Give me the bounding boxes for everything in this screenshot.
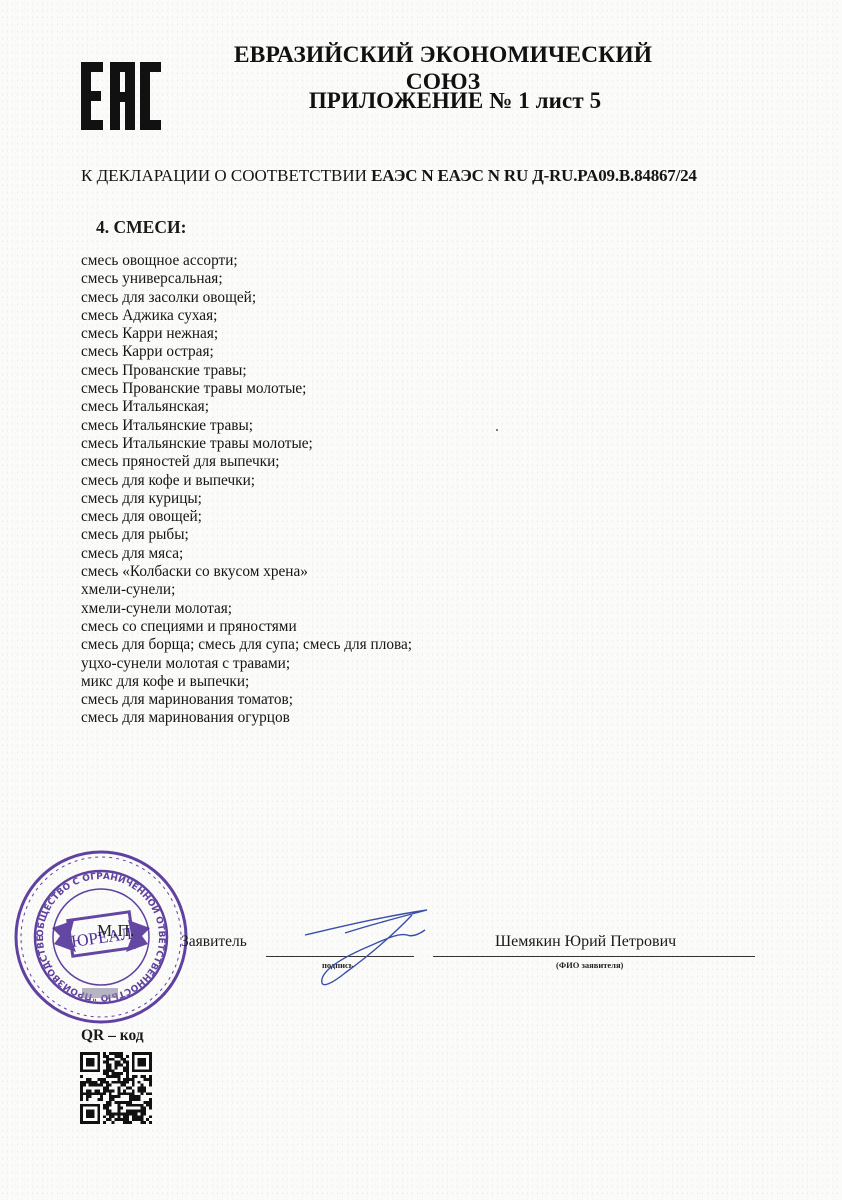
qr-code-icon[interactable] xyxy=(80,1052,152,1124)
list-item: смесь Прованские травы; xyxy=(81,362,412,380)
list-item: смесь Итальянские травы; xyxy=(81,417,412,435)
list-item: хмели-сунели; xyxy=(81,581,412,599)
qr-label: QR – код xyxy=(81,1027,144,1045)
list-item: смесь Итальянская; xyxy=(81,398,412,416)
list-item: смесь для курицы; xyxy=(81,490,412,508)
list-item: смесь для рыбы; xyxy=(81,526,412,544)
eac-logo-icon xyxy=(81,62,161,130)
list-item: смесь со специями и пряностями xyxy=(81,618,412,636)
list-item: смесь для мяса; xyxy=(81,545,412,563)
list-item: смесь Итальянские травы молотые; xyxy=(81,435,412,453)
declaration-prefix: К ДЕКЛАРАЦИИ О СООТВЕТСТВИИ xyxy=(81,166,371,185)
handwritten-signature xyxy=(300,905,440,990)
list-item: микс для кофе и выпечки; xyxy=(81,673,412,691)
appendix-title: ПРИЛОЖЕНИЕ № 1 лист 5 xyxy=(300,88,610,114)
list-item: смесь Карри нежная; xyxy=(81,325,412,343)
list-item: смесь для овощей; xyxy=(81,508,412,526)
list-item: хмели-сунели молотая; xyxy=(81,600,412,618)
list-item: смесь пряностей для выпечки; xyxy=(81,453,412,471)
list-item: смесь Прованские травы молотые; xyxy=(81,380,412,398)
list-item: смесь для маринования огурцов xyxy=(81,709,412,727)
applicant-name: Шемякин Юрий Петрович xyxy=(495,933,676,951)
list-item: смесь Карри острая; xyxy=(81,343,412,361)
declaration-reference: К ДЕКЛАРАЦИИ О СООТВЕТСТВИИ ЕАЭС N ЕАЭС … xyxy=(81,166,697,186)
name-caption: (ФИО заявителя) xyxy=(556,960,623,970)
declaration-number: ЕАЭС N ЕАЭС N RU Д-RU.PA09.B.84867/24 xyxy=(371,166,697,185)
list-item: смесь «Колбаски со вкусом хрена» xyxy=(81,563,412,581)
list-item: смесь овощное ассорти; xyxy=(81,252,412,270)
list-item: смесь для кофе и выпечки; xyxy=(81,472,412,490)
list-item: смесь универсальная; xyxy=(81,270,412,288)
list-item: смесь для засолки овощей; xyxy=(81,289,412,307)
list-item: смесь для борща; смесь для супа; смесь д… xyxy=(81,636,412,654)
product-list: смесь овощное ассорти;смесь универсальна… xyxy=(81,252,412,728)
list-item: смесь для маринования томатов; xyxy=(81,691,412,709)
list-item: смесь Аджика сухая; xyxy=(81,307,412,325)
scan-speck xyxy=(496,429,498,431)
applicant-label: Заявитель xyxy=(181,933,247,951)
section-heading: 4. СМЕСИ: xyxy=(96,217,186,238)
seal-mark: М.П. xyxy=(97,921,135,941)
list-item: уцхо-сунели молотая с травами; xyxy=(81,655,412,673)
name-line xyxy=(433,956,755,957)
